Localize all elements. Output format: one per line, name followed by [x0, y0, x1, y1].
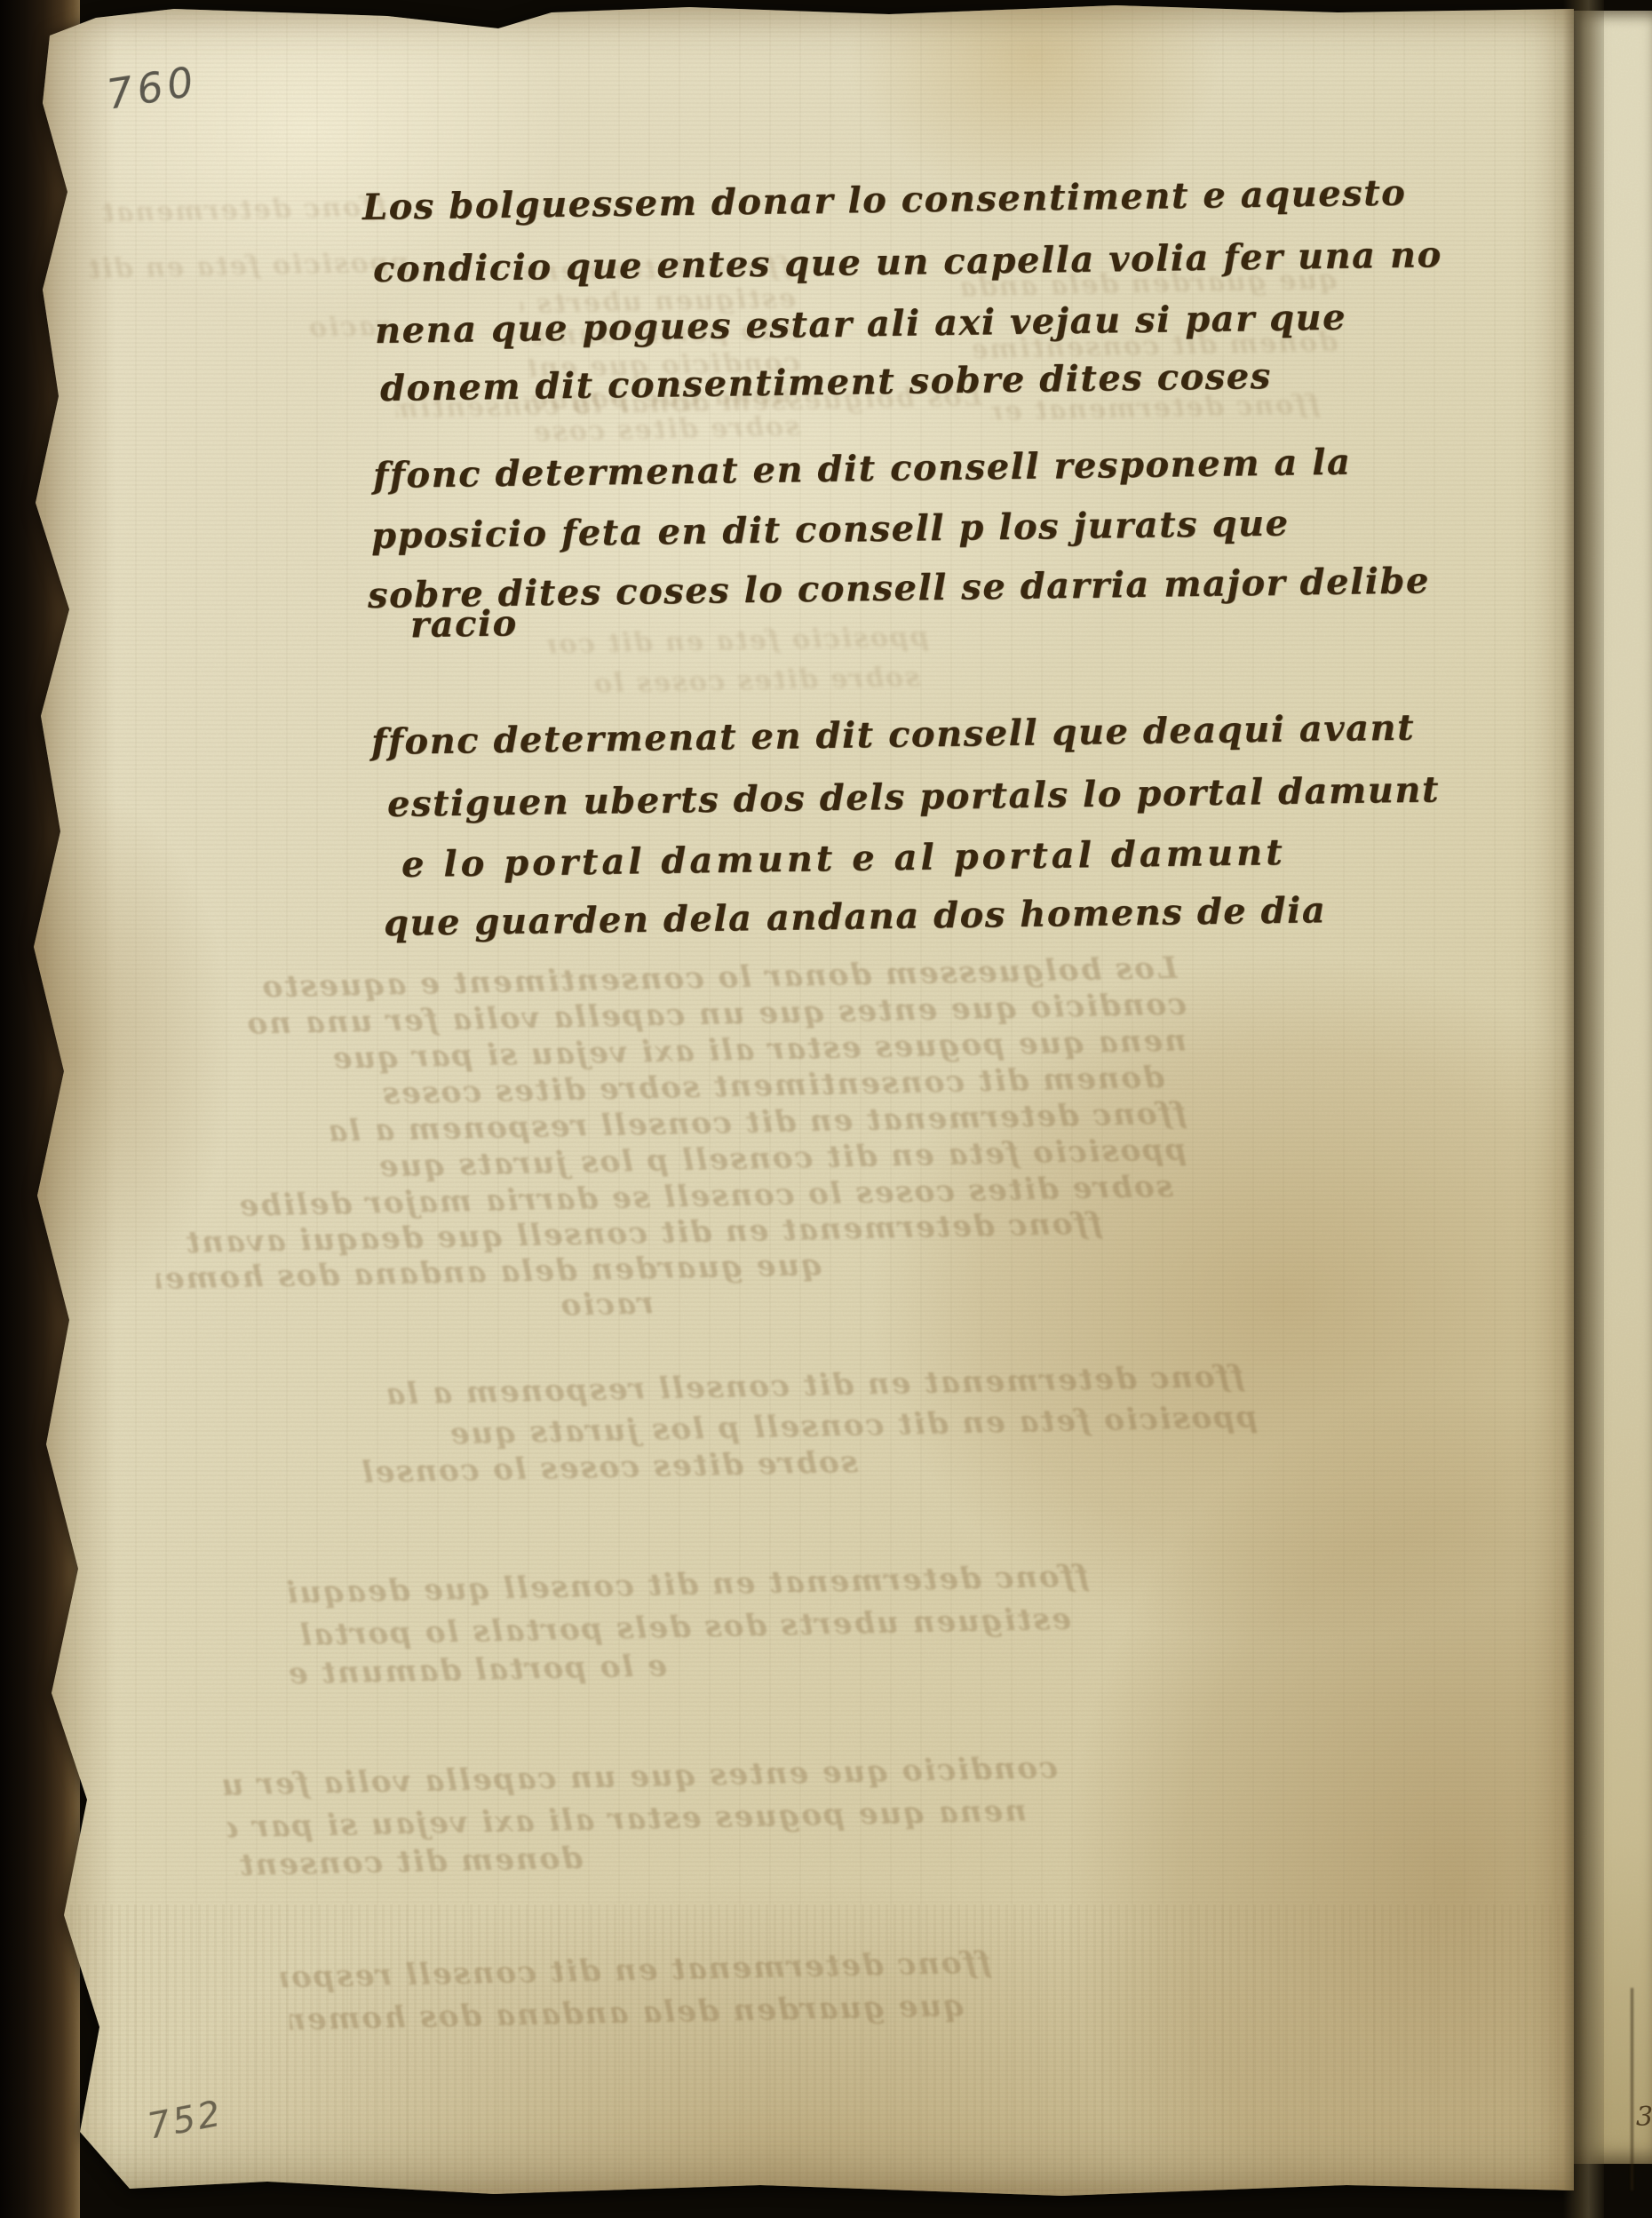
edge-partial-mark: 3 [1636, 2102, 1652, 2133]
manuscript-line: racio [410, 602, 518, 646]
facing-page-crease [1631, 1988, 1633, 2190]
manuscript-line: que guarden dela andana dos homens de di… [384, 889, 1327, 944]
manuscript-page: ffonc determenat en dit consell responem… [14, 4, 1574, 2205]
deckle-edge-shading [14, 4, 116, 2205]
folio-number-pencil-top: 760 [103, 57, 201, 118]
manuscript-line: ffonc determenat en dit consell responem… [373, 441, 1352, 497]
manuscript-line: sobre dites coses lo consell se darria m… [368, 560, 1430, 616]
manuscript-line: Los bolguessem donar lo consentiment e a… [362, 172, 1407, 228]
manuscript-page-wrap: ffonc determenat en dit consell responem… [14, 4, 1574, 2205]
bleedthrough-line: pposicio feta en dit consell p los jurat… [547, 622, 930, 665]
manuscript-line: estiguen uberts dos dels portals lo port… [387, 768, 1440, 825]
page-gutter-shadow [1563, 0, 1604, 2218]
manuscript-scan: ffonc determenat en dit consell responem… [0, 0, 1652, 2218]
bleedthrough-line: sobre dites coses lo consell se darria m… [583, 662, 921, 704]
bleedthrough-line: racio [272, 1286, 655, 1335]
bleedthrough-line: donem dit consentiment sobre dites coses [236, 1840, 584, 1888]
bleedthrough-line: ffonc determenat en dit consell responem… [94, 192, 388, 234]
bleedthrough-line: e lo portal damunt e al portal damunt [285, 1649, 668, 1697]
manuscript-line: e lo portal damunt e al portal damunt [401, 831, 1286, 886]
manuscript-line: ffonc determenat en dit consell que deaq… [371, 707, 1416, 763]
manuscript-line: pposicio feta en dit consell p los jurat… [371, 503, 1290, 557]
bleedthrough-line: pposicio feta en dit consell p los jurat… [90, 247, 410, 290]
bleedthrough-line: racio [214, 311, 393, 350]
